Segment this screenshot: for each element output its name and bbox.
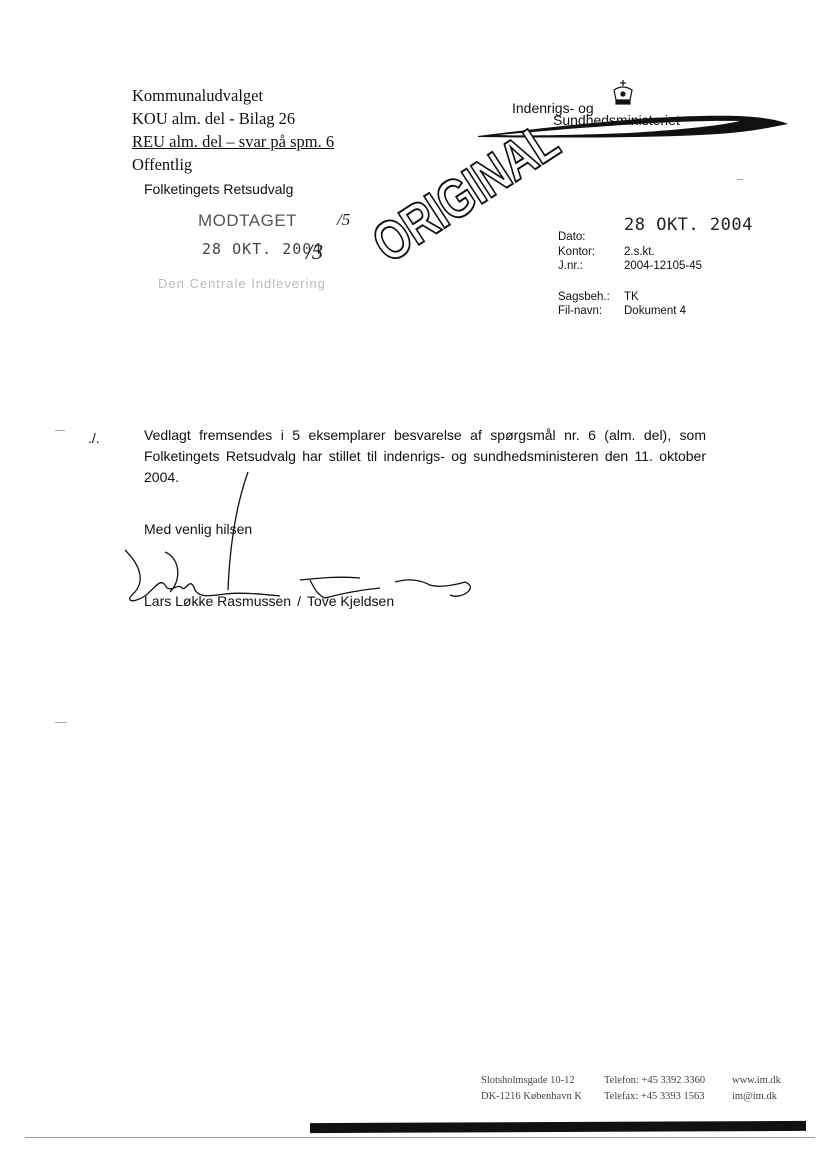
scan-mark (55, 430, 65, 431)
meta-row-office: Kontor: 2.s.kt. (558, 246, 702, 261)
receiving-committee: Folketingets Retsudvalg (144, 181, 293, 197)
meta-label: Sagsbeh.: (558, 291, 624, 306)
meta-label: Fil-navn: (558, 305, 624, 320)
scan-mark (55, 722, 67, 723)
document-header: Kommunaludvalget KOU alm. del - Bilag 26… (132, 84, 334, 176)
footer-email: im@im.dk (732, 1089, 781, 1105)
signatory-second: Tove Kjeldsen (307, 593, 394, 609)
meta-row-filename: Fil-navn: Dokument 4 (558, 305, 702, 320)
header-line-kou: KOU alm. del - Bilag 26 (132, 107, 334, 130)
meta-label: Dato: (558, 231, 624, 246)
received-stamp-date: 28 OKT. 2004 (202, 240, 322, 258)
enclosure-mark: ./. (88, 430, 100, 446)
signatory-separator: / (297, 593, 301, 609)
meta-row-caseworker: Sagsbeh.: TK (558, 291, 702, 306)
footer-fax: Telefax: +45 3393 1563 (604, 1089, 705, 1105)
central-submission-stamp: Den Centrale Indlevering (158, 276, 326, 291)
header-line-committee: Kommunaludvalget (132, 84, 334, 107)
meta-value: TK (624, 291, 639, 306)
header-line-public: Offentlig (132, 153, 334, 176)
footer-contact: Telefon: +45 3392 3360 Telefax: +45 3393… (604, 1073, 705, 1105)
footer-phone: Telefon: +45 3392 3360 (604, 1073, 705, 1089)
logo-line2: Sundhedsministeriet (553, 112, 680, 128)
handwritten-number-small: /5 (337, 210, 350, 230)
handwritten-number: /3 (306, 239, 323, 265)
meta-label: Kontor: (558, 246, 624, 261)
footer-address-line1: Slotsholmsgade 10-12 (481, 1073, 582, 1089)
footer-web: www.im.dk im@im.dk (732, 1073, 781, 1105)
original-stamp-text: ORIGINAL (362, 111, 570, 276)
meta-value: 2.s.kt. (624, 246, 655, 261)
footer-address-line2: DK-1216 København K (481, 1089, 582, 1105)
footer-address: Slotsholmsgade 10-12 DK-1216 København K (481, 1073, 582, 1105)
meta-value: Dokument 4 (624, 305, 686, 320)
meta-value: 2004-12105-45 (624, 260, 702, 275)
crown-icon (614, 80, 632, 104)
signatory-first: Lars Løkke Rasmussen (144, 593, 291, 609)
footer-website: www.im.dk (732, 1073, 781, 1089)
footer-rule (25, 1137, 815, 1138)
meta-label: J.nr.: (558, 260, 624, 275)
signatories: Lars Løkke Rasmussen/Tove Kjeldsen (144, 593, 394, 609)
meta-row-date: Dato: (558, 231, 702, 246)
scan-mark (737, 179, 743, 180)
meta-row-journal: J.nr.: 2004-12105-45 (558, 260, 702, 275)
footer-bar (310, 1121, 806, 1133)
received-stamp-label: MODTAGET (198, 211, 297, 231)
header-line-reu: REU alm. del – svar på spm. 6 (132, 130, 334, 153)
metadata-table: Dato: Kontor: 2.s.kt. J.nr.: 2004-12105-… (558, 231, 702, 320)
